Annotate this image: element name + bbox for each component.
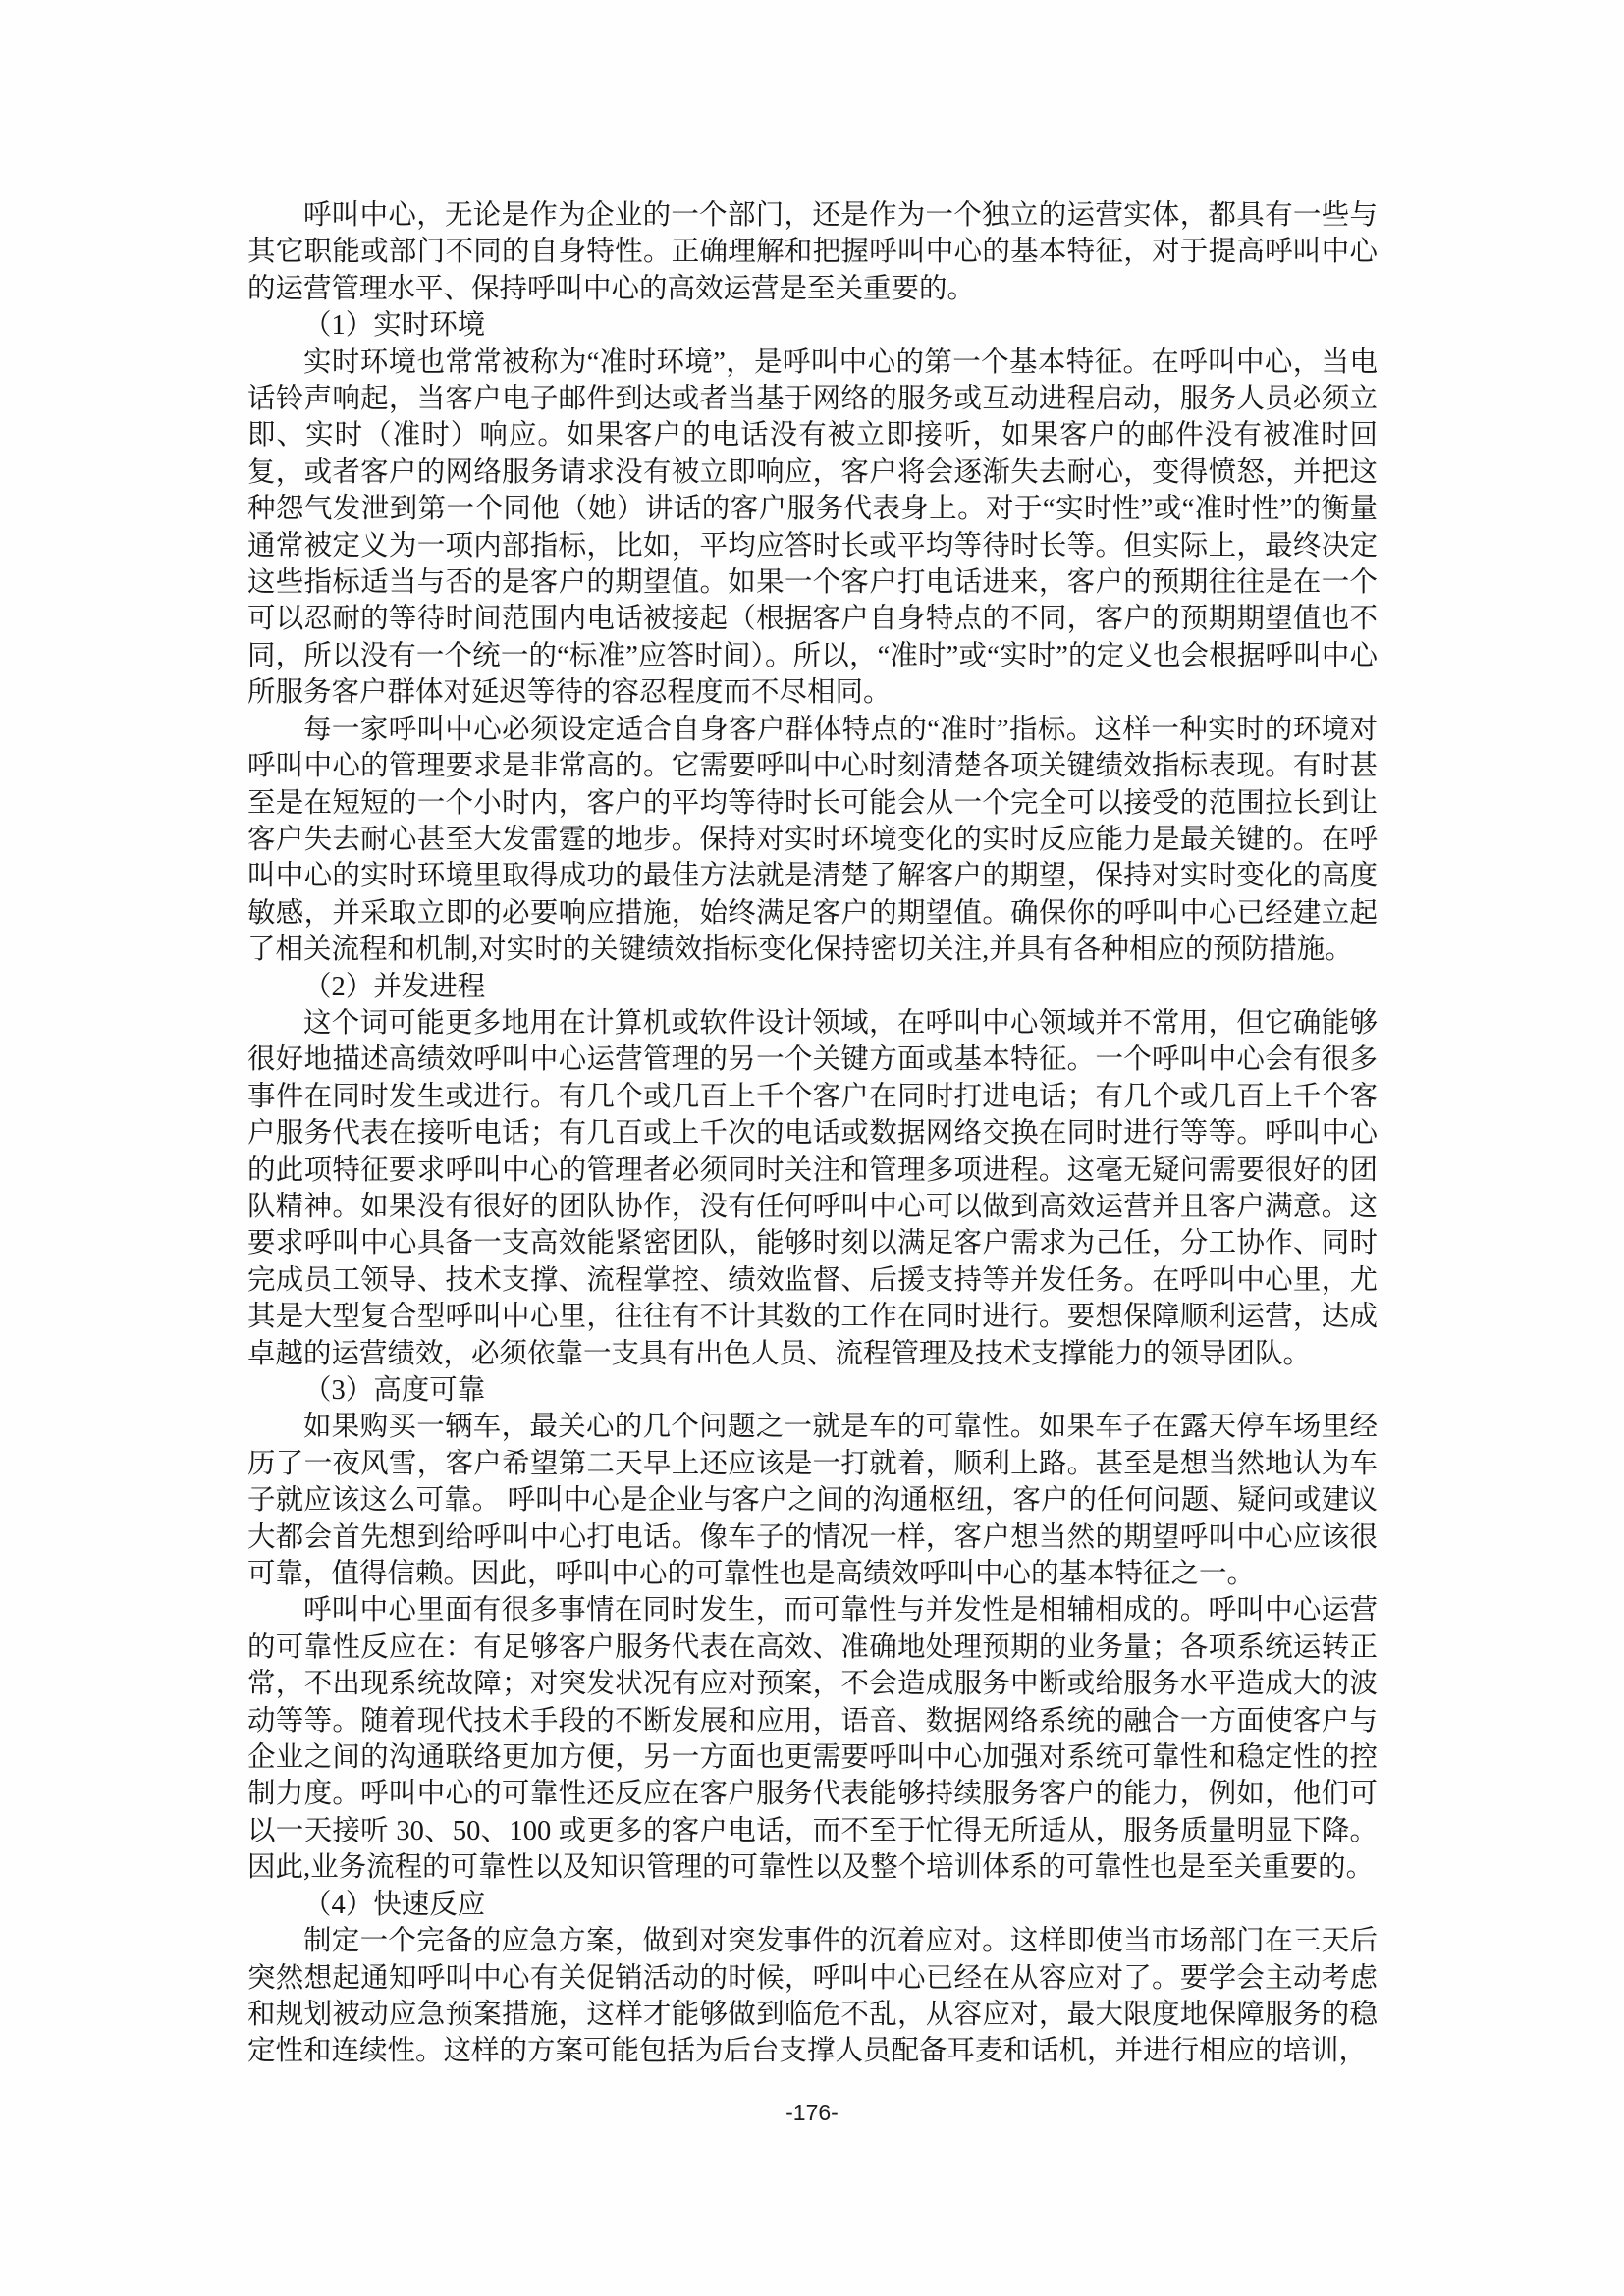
paragraph-rapid-response: 制定一个完备的应急方案，做到对突发事件的沉着应对。这样即使当市场部门在三天后突然… <box>247 1923 1378 2070</box>
heading-4-rapid-response: （4）快速反应 <box>247 1887 1378 1923</box>
paragraph-realtime-2: 每一家呼叫中心必须设定适合自身客户群体特点的“准时”指标。这样一种实时的环境对呼… <box>247 712 1378 969</box>
page-number: -176- <box>0 2100 1624 2126</box>
document-page: 呼叫中心，无论是作为企业的一个部门，还是作为一个独立的运营实体，都具有一些与其它… <box>0 0 1624 2296</box>
paragraph-reliability-1: 如果购买一辆车，最关心的几个问题之一就是车的可靠性。如果车子在露天停车场里经历了… <box>247 1409 1378 1592</box>
paragraph-concurrency: 这个词可能更多地用在计算机或软件设计领域，在呼叫中心领域并不常用，但它确能够很好… <box>247 1005 1378 1372</box>
heading-2-concurrent-processes: （2）并发进程 <box>247 969 1378 1005</box>
paragraph-realtime-1: 实时环境也常常被称为“准时环境”，是呼叫中心的第一个基本特征。在呼叫中心，当电话… <box>247 345 1378 712</box>
document-body: 呼叫中心，无论是作为企业的一个部门，还是作为一个独立的运营实体，都具有一些与其它… <box>247 197 1378 2070</box>
paragraph-reliability-2: 呼叫中心里面有很多事情在同时发生，而可靠性与并发性是相辅相成的。呼叫中心运营的可… <box>247 1592 1378 1886</box>
heading-3-high-reliability: （3）高度可靠 <box>247 1372 1378 1409</box>
heading-1-realtime-environment: （1）实时环境 <box>247 307 1378 344</box>
intro-paragraph: 呼叫中心，无论是作为企业的一个部门，还是作为一个独立的运营实体，都具有一些与其它… <box>247 197 1378 307</box>
